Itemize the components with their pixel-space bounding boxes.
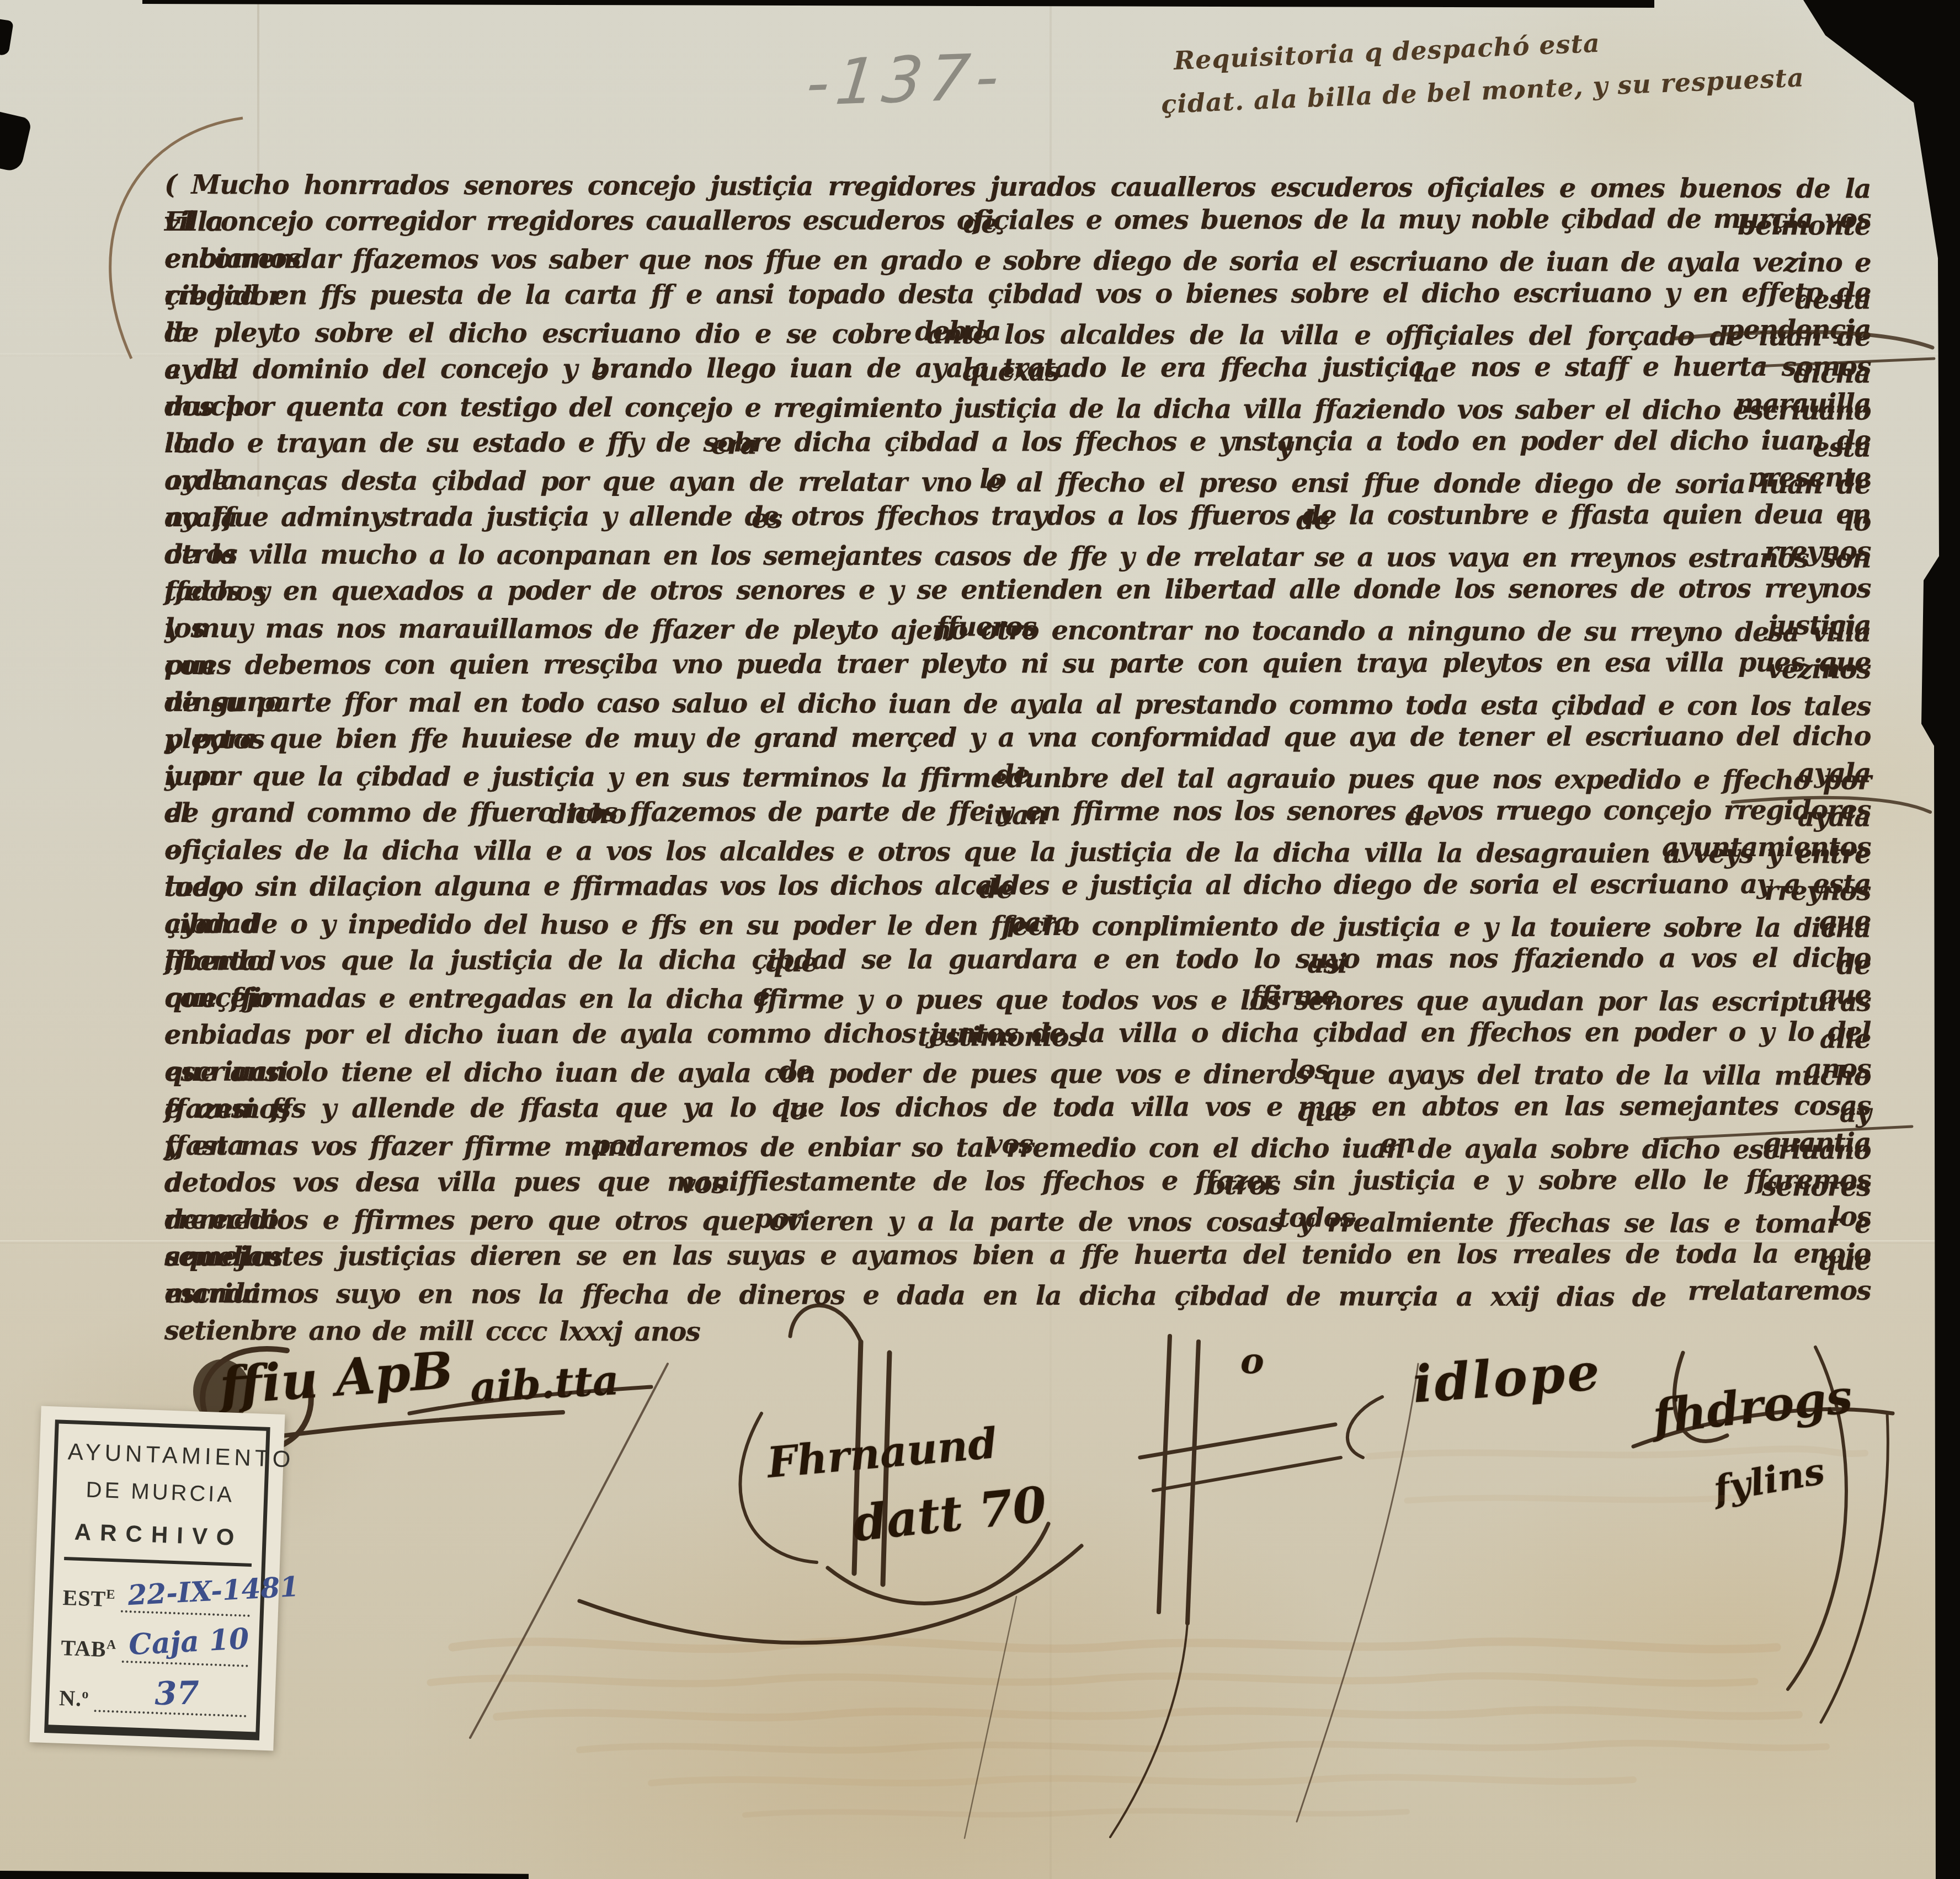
signature-rubric-1: ffiu ApB — [218, 1344, 455, 1411]
stamp-org-line-3: ARCHIVO — [64, 1518, 253, 1567]
stamp-field-numero: N.o 37 — [59, 1685, 247, 1717]
stamp-org-line-1: AYUNTAMIENTO — [67, 1438, 255, 1471]
signature-rubric-4: o — [1240, 1344, 1264, 1379]
manuscript-line: enbiadas por el dicho iuan de ayala comm… — [164, 1014, 1871, 1054]
manuscript-line: El concejo corregidor rregidores caualle… — [164, 201, 1871, 241]
archive-stamp-frame: AYUNTAMIENTO DE MURCIA ARCHIVO ESTE 22-I… — [44, 1419, 270, 1740]
stamp-field-label: TABA — [61, 1635, 117, 1662]
manuscript-line: y para que bien ffe huuiese de muy de gr… — [164, 718, 1871, 758]
stamp-field-value-handwritten: 22-IX-1481 — [127, 1573, 300, 1609]
manuscript-line: e ansi ffs y allende de ffasta que ya lo… — [164, 1088, 1871, 1128]
manuscript-line: tados y en quexados a poder de otros sen… — [164, 570, 1871, 610]
manuscript-line: luego sin dilaçion alguna e ffirmadas vo… — [164, 866, 1871, 906]
stamp-field-tab: TABA Caja 10 — [61, 1635, 249, 1667]
stamp-dotted-leader: Caja 10 — [121, 1655, 248, 1667]
manuscript-line: e del dominio del concejo y brando llego… — [164, 349, 1871, 388]
stamp-field-value-handwritten: Caja 10 — [128, 1625, 249, 1659]
manuscript-line: semejantes justiçias dieren se en las su… — [164, 1236, 1871, 1275]
signature-rubric-2: aib.tta — [469, 1360, 620, 1408]
manuscript-line: escriuimos suyo en nos la ffecha de dine… — [164, 1275, 1666, 1316]
stamp-dotted-leader: 37 — [94, 1704, 246, 1717]
archive-stamp-label: AYUNTAMIENTO DE MURCIA ARCHIVO ESTE 22-I… — [29, 1406, 285, 1750]
signature-rubric-5: idlope — [1411, 1346, 1603, 1410]
manuscript-line: pues debemos con quien rresçiba vno pued… — [164, 644, 1871, 684]
manuscript-line: ffiando vos que la justiçia de la dicha … — [164, 940, 1871, 980]
pencil-folio-number: -137- — [803, 45, 1009, 115]
stamp-field-est: ESTE 22-IX-1481 — [62, 1584, 251, 1617]
stamp-field-value-handwritten: 37 — [155, 1677, 200, 1710]
manuscript-line: de grand commo de ffuero nos ffazemos de… — [164, 792, 1871, 832]
manuscript-line: no ffue adminystrada justiçia y allende … — [164, 497, 1871, 536]
stamp-field-label: ESTE — [62, 1584, 116, 1612]
manuscript-text-block: ( Mucho honrrados senores concejo justiç… — [164, 167, 1871, 1312]
stamp-field-label: N.o — [59, 1685, 89, 1712]
manuscript-line: a todos vos desa villa pues que maniffie… — [164, 1162, 1871, 1202]
stamp-org-line-2: DE MURCIA — [66, 1477, 254, 1508]
manuscript-line: llado e trayan de su estado e ffy de sob… — [164, 423, 1871, 462]
manuscript-scan-page: { "document": { "page_number_pencil": "-… — [0, 0, 1960, 1879]
stamp-dotted-leader: 22-IX-1481 — [120, 1605, 250, 1617]
manuscript-line: çibdad en ffs puesta de la carta ff e an… — [164, 275, 1871, 314]
